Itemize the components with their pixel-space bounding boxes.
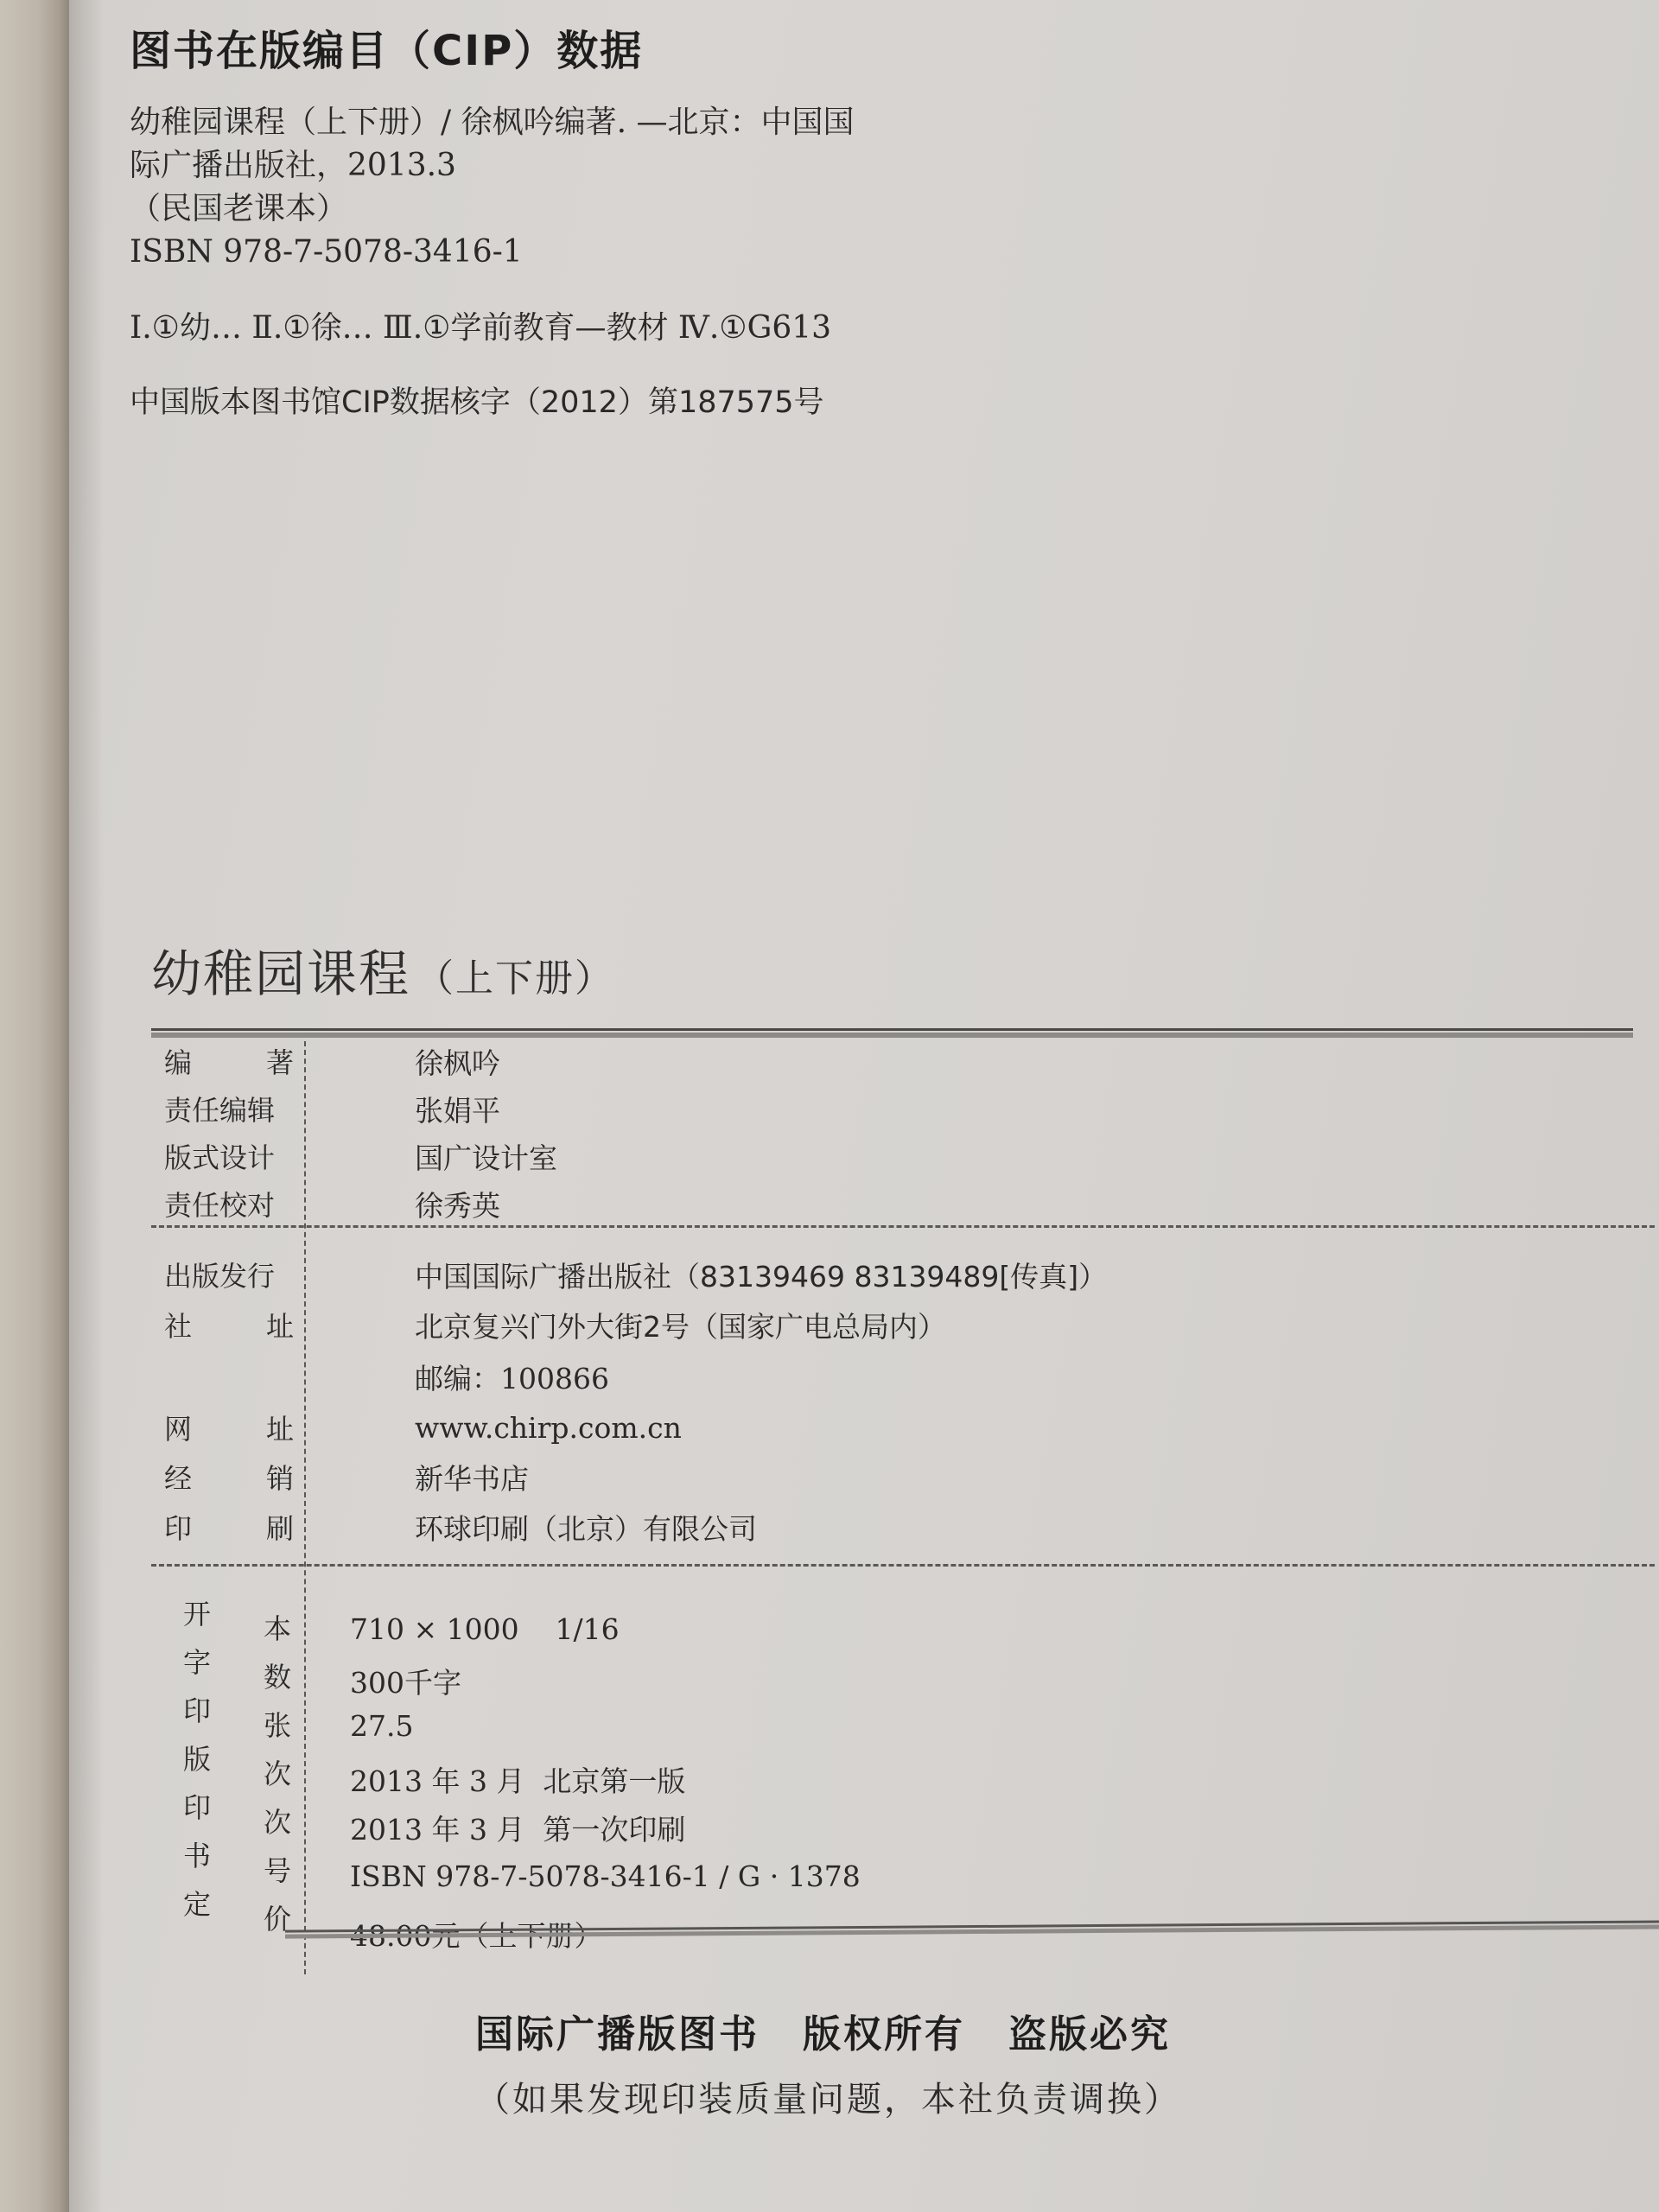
credit-label: 版式设计 xyxy=(164,1136,294,1176)
publisher-value: 中国国际广播出版社（83139469 83139489[传真]） xyxy=(415,1255,1107,1295)
publisher-value: 邮编：100866 xyxy=(415,1357,609,1397)
spec-printing: 2013 年 3 月 第一次印刷 xyxy=(350,1808,685,1848)
spec-isbn: ISBN 978-7-5078-3416-1 / G · 1378 xyxy=(350,1859,861,1893)
credit-label: 编 著 xyxy=(164,1041,294,1081)
publisher-row-address: 社 址 北京复兴门外大街2号（国家广电总局内） xyxy=(164,1303,294,1346)
credit-value: 张娟平 xyxy=(415,1089,500,1129)
cip-record-line: 际广播出版社，2013.3 xyxy=(130,144,1253,188)
credit-value: 徐秀英 xyxy=(415,1184,500,1224)
dashed-divider xyxy=(151,1564,1655,1567)
publisher-row-printer: 印 刷 环球印刷（北京）有限公司 xyxy=(164,1505,294,1548)
cip-series: （民国老课本） xyxy=(130,188,1253,231)
column-divider xyxy=(304,1041,306,1974)
publisher-label: 印 刷 xyxy=(164,1507,294,1547)
cip-title: 图书在版编目（CIP）数据 xyxy=(130,17,1253,77)
publisher-row-website: 网 址 www.chirp.com.cn xyxy=(164,1406,294,1449)
publisher-value: 新华书店 xyxy=(415,1457,529,1497)
publisher-value: 环球印刷（北京）有限公司 xyxy=(415,1507,757,1548)
publisher-row-publisher: 出版发行 中国国际广播出版社（83139469 83139489[传真]） xyxy=(164,1253,294,1296)
publisher-row-postcode: 邮编：100866 xyxy=(164,1355,294,1398)
credit-label: 责任校对 xyxy=(164,1184,294,1224)
rights-statement: 国际广播版图书版权所有盗版必究 xyxy=(475,2003,1253,2058)
spec-format: 710 × 1000 1/16 xyxy=(350,1612,620,1646)
publisher-value: 北京复兴门外大街2号（国家广电总局内） xyxy=(415,1305,946,1345)
publisher-label: 社 址 xyxy=(164,1305,294,1344)
spec-sheets: 27.5 xyxy=(350,1709,413,1743)
book-title-volume: （上下册） xyxy=(416,957,614,1001)
cip-verification-number: 中国版本图书馆CIP数据核字（2012）第187575号 xyxy=(130,381,1253,424)
book-binding-edge xyxy=(0,0,69,2212)
credit-row-editor: 责任编辑 张娟平 xyxy=(164,1087,294,1130)
quality-notice: （如果发现印装质量问题，本社负责调换） xyxy=(475,2072,1253,2121)
publisher-row-distributor: 经 销 新华书店 xyxy=(164,1455,294,1498)
cip-isbn: ISBN 978-7-5078-3416-1 xyxy=(130,231,1253,274)
publisher-website-link[interactable]: www.chirp.com.cn xyxy=(415,1411,682,1445)
spec-word-count: 300千字 xyxy=(350,1661,461,1701)
cip-data-block: 图书在版编目（CIP）数据 幼稚园课程（上下册）/ 徐枫吟编著. —北京：中国国… xyxy=(130,17,1253,424)
copyright-page: 图书在版编目（CIP）数据 幼稚园课程（上下册）/ 徐枫吟编著. —北京：中国国… xyxy=(69,0,1659,2212)
cip-record-line: 幼稚园课程（上下册）/ 徐枫吟编著. —北京：中国国 xyxy=(130,101,1253,144)
book-title-main: 幼稚园课程 xyxy=(151,944,410,1003)
cip-classification: Ⅰ.①幼… Ⅱ.①徐… Ⅲ.①学前教育—教材 Ⅳ.①G613 xyxy=(130,307,1253,350)
publisher-label: 出版发行 xyxy=(164,1255,294,1294)
credit-value: 徐枫吟 xyxy=(415,1041,500,1082)
spec-edition: 2013 年 3 月 北京第一版 xyxy=(350,1759,685,1800)
publisher-label: 经 销 xyxy=(164,1457,294,1497)
spec-label-column-1: 开 字 印 版 印 书 定 xyxy=(183,1590,211,1929)
publisher-label: 网 址 xyxy=(164,1408,294,1447)
credit-row-proofreader: 责任校对 徐秀英 xyxy=(164,1182,294,1225)
credit-row-layout-design: 版式设计 国广设计室 xyxy=(164,1135,294,1178)
copyright-footer: 国际广播版图书版权所有盗版必究 （如果发现印装质量问题，本社负责调换） xyxy=(475,2003,1253,2121)
credit-value: 国广设计室 xyxy=(415,1136,557,1177)
top-double-rule xyxy=(151,1028,1633,1037)
book-title: 幼稚园课程（上下册） xyxy=(151,933,614,1006)
dashed-divider xyxy=(151,1225,1655,1228)
credit-row-author: 编 著 徐枫吟 xyxy=(164,1039,294,1083)
credit-label: 责任编辑 xyxy=(164,1089,294,1128)
spec-label-column-2: 本 数 张 次 次 号 价 xyxy=(264,1605,291,1943)
